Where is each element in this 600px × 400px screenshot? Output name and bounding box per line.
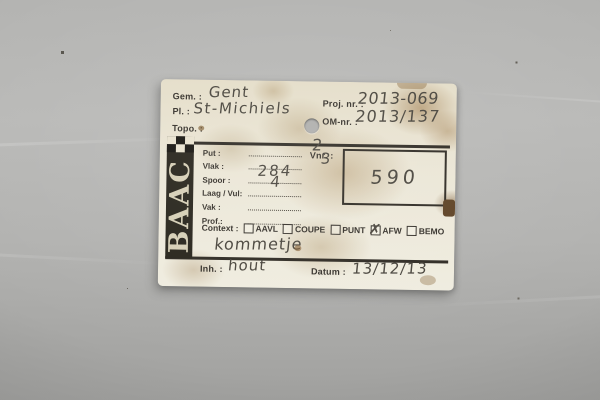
field-row-put: Put : bbox=[203, 144, 302, 159]
om-nr-value-handwritten: 2013/137 bbox=[355, 109, 441, 125]
field-row-laag-vul: Laag / Vul: bbox=[202, 184, 301, 199]
paper-crease bbox=[0, 253, 180, 266]
context-note-handwritten: kommetje bbox=[214, 236, 304, 252]
checkbox-aavl bbox=[243, 223, 253, 233]
bemo-label: BEMO bbox=[419, 226, 445, 236]
vnr-value-handwritten: 590 bbox=[369, 168, 419, 187]
proj-nr-value-handwritten: 2013-069 bbox=[357, 91, 440, 107]
laag-vul-value-handwritten: 4 bbox=[270, 175, 281, 190]
checkbox-afw-checked: ✗ bbox=[370, 225, 380, 235]
context-option-coupe: COUPE bbox=[283, 224, 325, 235]
punch-hole bbox=[304, 118, 319, 133]
coupe-label: COUPE bbox=[295, 224, 325, 234]
inh-label: Inh. : bbox=[200, 264, 223, 274]
afw-check-mark: ✗ bbox=[367, 220, 382, 239]
vnr-label: Vnr. : bbox=[310, 150, 334, 160]
dotted-line bbox=[249, 155, 302, 157]
stain-spot bbox=[397, 83, 427, 89]
checkbox-bemo bbox=[407, 226, 417, 236]
punt-label: PUNT bbox=[342, 225, 365, 235]
vlak-label: Vlak : bbox=[203, 162, 249, 172]
om-nr-label: OM-nr. : bbox=[322, 117, 358, 128]
find-label-card: Gem. : Gent Pl. : St-Michiels Topo. : Pr… bbox=[158, 79, 457, 291]
vnr-box: 590 bbox=[342, 149, 447, 207]
inh-value-handwritten: hout bbox=[227, 258, 267, 273]
paper-crease bbox=[410, 295, 600, 308]
filmstrip-pattern-icon bbox=[167, 136, 194, 152]
context-option-aavl: AAVL bbox=[243, 223, 278, 234]
vak-label: Vak : bbox=[202, 203, 248, 213]
baac-logo-text: BAAC bbox=[163, 159, 195, 254]
field-row-vak: Vak : bbox=[202, 198, 301, 213]
aavl-label: AAVL bbox=[255, 224, 278, 234]
datum-label: Datum : bbox=[311, 266, 346, 277]
photo-background: Gem. : Gent Pl. : St-Michiels Topo. : Pr… bbox=[0, 0, 600, 400]
stain-spot bbox=[198, 126, 204, 131]
context-option-bemo: BEMO bbox=[407, 226, 445, 237]
spoor-label: Spoor : bbox=[202, 175, 248, 185]
gem-value-handwritten: Gent bbox=[208, 85, 250, 100]
pl-value-handwritten: St-Michiels bbox=[193, 101, 292, 116]
checkbox-coupe bbox=[283, 224, 293, 234]
paper-crease bbox=[460, 91, 600, 103]
pl-label: Pl. : bbox=[172, 106, 190, 116]
dust-specks bbox=[0, 0, 1, 1]
afw-label: AFW bbox=[382, 225, 402, 235]
context-label: Context : bbox=[202, 223, 239, 234]
field-rows: Put : Vlak : Spoor : Laag / Vul: Vak : P… bbox=[202, 144, 302, 227]
stain-spot bbox=[443, 199, 455, 216]
dotted-line bbox=[248, 196, 301, 198]
context-option-punt: PUNT bbox=[330, 225, 365, 236]
laag-vul-label: Laag / Vul: bbox=[202, 189, 248, 199]
baac-logo-banner: BAAC bbox=[165, 136, 194, 258]
context-option-afw: ✗ AFW bbox=[370, 225, 402, 235]
stain-spot bbox=[420, 275, 436, 285]
stain-spot bbox=[294, 245, 301, 251]
put-label: Put : bbox=[203, 148, 249, 158]
dotted-line bbox=[248, 209, 301, 211]
datum-value-handwritten: 13/12/13 bbox=[351, 262, 428, 277]
checkbox-punt bbox=[330, 225, 340, 235]
